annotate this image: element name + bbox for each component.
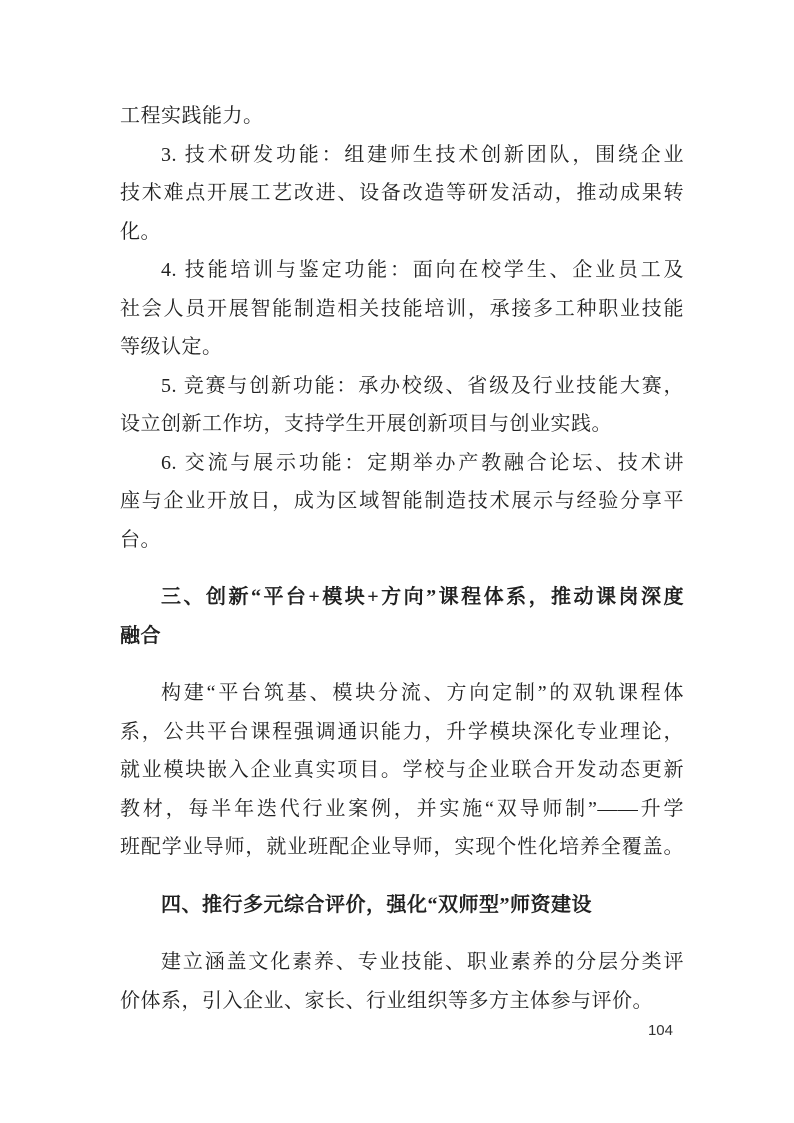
text-line: 6. 交流与展示功能：定期举办产教融合论坛、技术讲 <box>120 444 684 483</box>
text-line: 系，公共平台课程强调通识能力，升学模块深化专业理论， <box>120 713 684 752</box>
page-number: 104 <box>648 1022 673 1040</box>
section-heading: 三、创新“平台+模块+方向”课程体系，推动课岗深度融合 <box>120 578 684 655</box>
text-line: 社会人员开展智能制造相关技能培训，承接多工种职业技能 <box>120 290 684 329</box>
paragraph: 3. 技术研发功能：组建师生技术创新团队，围绕企业技术难点开展工艺改进、设备改造… <box>120 136 684 252</box>
paragraph: 构建“平台筑基、模块分流、方向定制”的双轨课程体系，公共平台课程强调通识能力，升… <box>120 674 684 867</box>
paragraph: 5. 竞赛与创新功能：承办校级、省级及行业技能大赛，设立创新工作坊，支持学生开展… <box>120 367 684 444</box>
text-line: 台。 <box>120 521 684 560</box>
text-line: 4. 技能培训与鉴定功能：面向在校学生、企业员工及 <box>120 251 684 290</box>
text-line: 座与企业开放日，成为区域智能制造技术展示与经验分享平 <box>120 482 684 521</box>
text-line: 3. 技术研发功能：组建师生技术创新团队，围绕企业 <box>120 136 684 175</box>
text-line: 四、推行多元综合评价，强化“双师型”师资建设 <box>120 886 684 925</box>
text-line: 班配学业导师，就业班配企业导师，实现个性化培养全覆盖。 <box>120 828 684 867</box>
text-line: 融合 <box>120 617 684 656</box>
text-line: 5. 竞赛与创新功能：承办校级、省级及行业技能大赛， <box>120 367 684 406</box>
text-line: 化。 <box>120 213 684 252</box>
text-line: 三、创新“平台+模块+方向”课程体系，推动课岗深度 <box>120 578 684 617</box>
paragraph: 工程实践能力。 <box>120 97 684 136</box>
text-line: 构建“平台筑基、模块分流、方向定制”的双轨课程体 <box>120 674 684 713</box>
document-page: 工程实践能力。3. 技术研发功能：组建师生技术创新团队，围绕企业技术难点开展工艺… <box>0 0 794 1123</box>
text-line: 就业模块嵌入企业真实项目。学校与企业联合开发动态更新 <box>120 751 684 790</box>
text-line: 等级认定。 <box>120 328 684 367</box>
text-line: 教材，每半年迭代行业案例，并实施“双导师制”——升学 <box>120 790 684 829</box>
text-line: 工程实践能力。 <box>120 97 684 136</box>
document-body: 工程实践能力。3. 技术研发功能：组建师生技术创新团队，围绕企业技术难点开展工艺… <box>120 97 684 1020</box>
text-line: 建立涵盖文化素养、专业技能、职业素养的分层分类评 <box>120 943 684 982</box>
text-line: 设立创新工作坊，支持学生开展创新项目与创业实践。 <box>120 405 684 444</box>
paragraph: 建立涵盖文化素养、专业技能、职业素养的分层分类评价体系，引入企业、家长、行业组织… <box>120 943 684 1020</box>
paragraph: 6. 交流与展示功能：定期举办产教融合论坛、技术讲座与企业开放日，成为区域智能制… <box>120 444 684 560</box>
text-line: 价体系，引入企业、家长、行业组织等多方主体参与评价。 <box>120 982 684 1021</box>
section-heading: 四、推行多元综合评价，强化“双师型”师资建设 <box>120 886 684 925</box>
paragraph: 4. 技能培训与鉴定功能：面向在校学生、企业员工及社会人员开展智能制造相关技能培… <box>120 251 684 367</box>
text-line: 技术难点开展工艺改进、设备改造等研发活动，推动成果转 <box>120 174 684 213</box>
